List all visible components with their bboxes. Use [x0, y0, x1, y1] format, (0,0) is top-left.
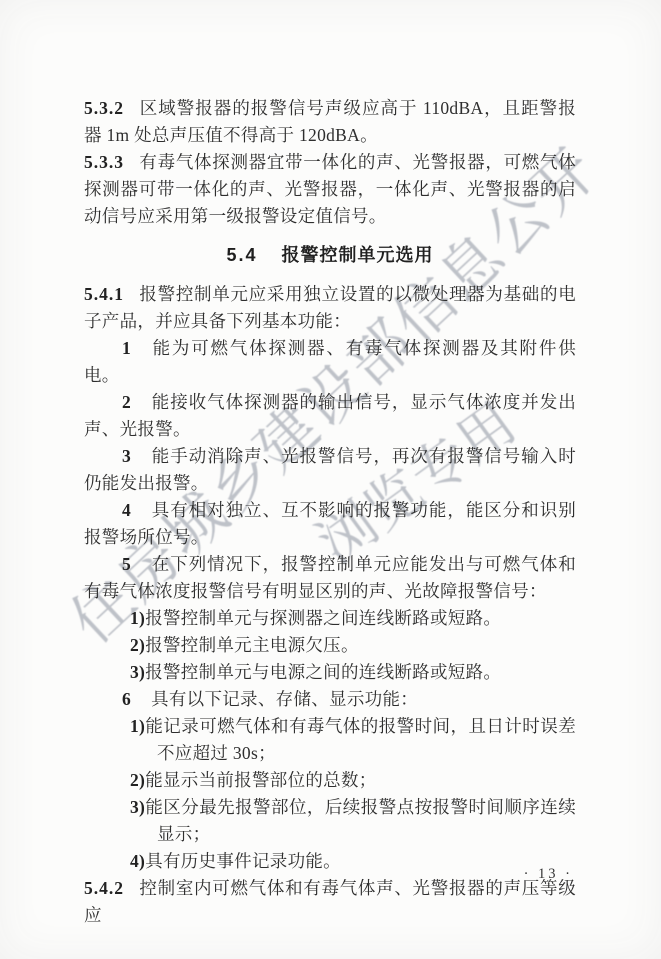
sub-item-number: 3): [130, 797, 145, 817]
sub-item-6-1: 1)能记录可燃气体和有毒气体的报警时间，且日计时误差不应超过 30s；: [84, 713, 576, 767]
sub-item-text: 能区分最先报警部位，后续报警点按报警时间顺序连续显示；: [145, 797, 576, 844]
clause-number: 5.3.2: [84, 98, 124, 118]
sub-item-5-2: 2)报警控制单元主电源欠压。: [84, 632, 576, 659]
sub-item-number: 4): [130, 851, 145, 871]
item-text: 具有相对独立、互不影响的报警功能，能区分和识别报警场所位号。: [84, 500, 576, 547]
item-number: 3: [122, 446, 131, 466]
list-item-4: 4具有相对独立、互不影响的报警功能，能区分和识别报警场所位号。: [84, 497, 576, 551]
list-item-3: 3能手动消除声、光报警信号，再次有报警信号输入时仍能发出报警。: [84, 443, 576, 497]
list-item-2: 2能接收气体探测器的输出信号，显示气体浓度并发出声、光报警。: [84, 389, 576, 443]
sub-item-text: 报警控制单元与探测器之间连线断路或短路。: [145, 608, 501, 628]
clause-5-4-1: 5.4.1报警控制单元应采用独立设置的以微处理器为基础的电子产品，并应具备下列基…: [84, 281, 576, 335]
sub-item-text: 报警控制单元与电源之间的连线断路或短路。: [145, 662, 501, 682]
item-text: 在下列情况下，报警控制单元应能发出与可燃气体和有毒气体浓度报警信号有明显区别的声…: [84, 554, 576, 601]
section-number: 5.4: [226, 245, 257, 265]
section-title: 报警控制单元选用: [282, 245, 434, 265]
item-number: 1: [122, 338, 131, 358]
clause-number: 5.3.3: [84, 152, 124, 172]
clause-5-3-3: 5.3.3有毒气体探测器宜带一体化的声、光警报器，可燃气体探测器可带一体化的声、…: [84, 149, 576, 230]
item-number: 4: [122, 500, 131, 520]
item-text: 具有以下记录、存储、显示功能：: [151, 689, 418, 709]
sub-item-6-4: 4)具有历史事件记录功能。: [84, 848, 576, 875]
list-item-5: 5在下列情况下，报警控制单元应能发出与可燃气体和有毒气体浓度报警信号有明显区别的…: [84, 551, 576, 605]
clause-5-4-2: 5.4.2控制室内可燃气体和有毒气体声、光警报器的声压等级应: [84, 875, 576, 929]
sub-item-number: 2): [130, 635, 145, 655]
sub-item-text: 能记录可燃气体和有毒气体的报警时间，且日计时误差不应超过 30s；: [145, 716, 576, 763]
sub-item-text: 具有历史事件记录功能。: [145, 851, 341, 871]
section-heading-5-4: 5.4报警控制单元选用: [84, 242, 576, 269]
page-number: · 13 ·: [524, 866, 573, 883]
clause-text: 报警控制单元应采用独立设置的以微处理器为基础的电子产品，并应具备下列基本功能：: [84, 284, 576, 331]
clause-5-3-2: 5.3.2区域警报器的报警信号声级应高于 110dBA，且距警报器 1m 处总声…: [84, 95, 576, 149]
item-number: 5: [122, 554, 131, 574]
list-item-6: 6具有以下记录、存储、显示功能：: [84, 686, 576, 713]
sub-item-5-1: 1)报警控制单元与探测器之间连线断路或短路。: [84, 605, 576, 632]
item-text: 能接收气体探测器的输出信号，显示气体浓度并发出声、光报警。: [84, 392, 576, 439]
list-item-1: 1能为可燃气体探测器、有毒气体探测器及其附件供电。: [84, 335, 576, 389]
document-body: 5.3.2区域警报器的报警信号声级应高于 110dBA，且距警报器 1m 处总声…: [0, 0, 661, 929]
sub-item-number: 3): [130, 662, 145, 682]
sub-item-5-3: 3)报警控制单元与电源之间的连线断路或短路。: [84, 659, 576, 686]
document-page: 住房城乡建设部信息公开 浏览专用 5.3.2区域警报器的报警信号声级应高于 11…: [0, 0, 661, 959]
sub-item-6-2: 2)能显示当前报警部位的总数；: [84, 767, 576, 794]
sub-item-text: 报警控制单元主电源欠压。: [145, 635, 359, 655]
clause-number: 5.4.2: [84, 878, 124, 898]
clause-text: 区域警报器的报警信号声级应高于 110dBA，且距警报器 1m 处总声压值不得高…: [84, 98, 576, 145]
clause-text: 有毒气体探测器宜带一体化的声、光警报器，可燃气体探测器可带一体化的声、光警报器，…: [84, 152, 576, 226]
clause-text: 控制室内可燃气体和有毒气体声、光警报器的声压等级应: [84, 878, 576, 925]
item-text: 能手动消除声、光报警信号，再次有报警信号输入时仍能发出报警。: [84, 446, 576, 493]
sub-item-number: 1): [130, 608, 145, 628]
sub-item-number: 2): [130, 770, 145, 790]
clause-number: 5.4.1: [84, 284, 124, 304]
item-text: 能为可燃气体探测器、有毒气体探测器及其附件供电。: [84, 338, 576, 385]
item-number: 6: [122, 689, 131, 709]
sub-item-text: 能显示当前报警部位的总数；: [145, 770, 376, 790]
sub-item-6-3: 3)能区分最先报警部位，后续报警点按报警时间顺序连续显示；: [84, 794, 576, 848]
sub-item-number: 1): [130, 716, 145, 736]
item-number: 2: [122, 392, 131, 412]
